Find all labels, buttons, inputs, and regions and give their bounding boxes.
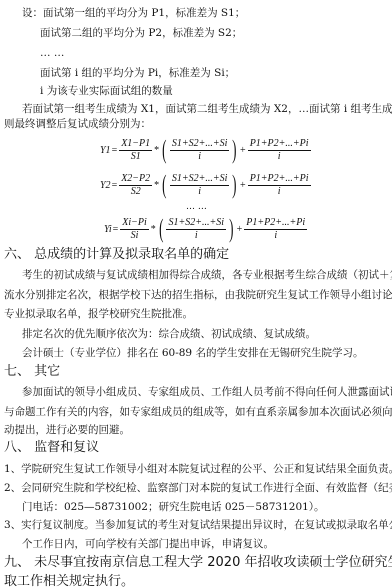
- intro-line-1: 若面试第一组考生成绩为 X1，面试第二组考生成绩为 X2，…面试第 i 组考生成…: [22, 102, 392, 116]
- numerator: Xi−Pi: [120, 217, 149, 230]
- multiply-sign: *: [150, 224, 157, 235]
- section-7-title: 七、 其它: [4, 363, 60, 381]
- denominator: i: [272, 230, 279, 242]
- multiply-sign: *: [153, 180, 160, 191]
- numerator: X2−P2: [119, 173, 152, 186]
- denominator: i: [196, 151, 203, 163]
- formula-lhs: Yi: [104, 224, 112, 235]
- equals-sign: =: [112, 224, 120, 235]
- denominator: i: [196, 186, 203, 198]
- formula-y2: Y2 = X2−P2S2 * ( S1+S2+...+Sii ) + P1+P2…: [0, 168, 392, 202]
- setup-line-2: 面试第二组的平均分为 P2，标准差为 S2；: [40, 26, 242, 40]
- setup-ellipsis: … …: [40, 46, 64, 60]
- denominator: i: [276, 186, 283, 198]
- fraction: Xi−PiSi: [120, 217, 149, 242]
- section-8-item-3-line-1: 3、实行复议制度。当参加复试的考生对复试结果提出异议时，在复试或拟录取名单公布的…: [4, 518, 392, 532]
- denominator: S1: [129, 151, 143, 163]
- numerator: X1−P1: [119, 138, 152, 151]
- right-paren: ): [233, 170, 237, 200]
- multiply-sign: *: [153, 145, 160, 156]
- section-6-title: 六、 总成绩的计算及拟录取名单的确定: [4, 246, 229, 264]
- plus-sign: +: [239, 145, 247, 156]
- section-6-para-3: 会计硕士（专业学位）排名在 60-89 名的学生安排在无锡研究生院学习。: [22, 346, 363, 360]
- equals-sign: =: [111, 145, 119, 156]
- section-7-para-line-2: 与命题工作有关的内容，如专家组成员的组成等，如有直系亲属参加本次面试必须向学院主: [4, 405, 392, 419]
- fraction: P1+P2+...+Pii: [244, 217, 307, 242]
- section-8-item-3-line-2: 个工作日内，可向学校有关部门提出申诉，申请复议。: [22, 537, 274, 551]
- denominator: Si: [129, 230, 141, 242]
- right-paren: ): [229, 214, 233, 244]
- numerator: P1+P2+...+Pi: [248, 173, 311, 186]
- numerator: P1+P2+...+Pi: [248, 138, 311, 151]
- setup-line-3: 面试第 i 组的平均分为 Pi，标准差为 Si；: [40, 66, 235, 80]
- section-8-item-2-line-1: 2、会同研究生院和学校纪检、监察部门对本院的复试工作进行全面、有效监督（纪委监察…: [4, 481, 392, 495]
- fraction: S1+S2+...+Sii: [166, 217, 226, 242]
- denominator: i: [276, 151, 283, 163]
- section-7-para-line-1: 参加面试的领导小组成员、专家组成员、工作组人员考前不得向任何人泄露面试试题及: [22, 385, 392, 399]
- right-paren: ): [233, 135, 237, 165]
- equals-sign: =: [111, 180, 119, 191]
- section-6-para-1-line-3: 专业拟录取名单，报学校研究生院批准。: [4, 307, 193, 321]
- fraction: X2−P2S2: [119, 173, 152, 198]
- plus-sign: +: [236, 224, 244, 235]
- numerator: S1+S2+...+Si: [170, 138, 230, 151]
- numerator: S1+S2+...+Si: [170, 173, 230, 186]
- section-9-title-line-2: 取工作相关规定执行。: [4, 573, 134, 587]
- formula-lhs: Y2: [100, 180, 111, 191]
- left-paren: (: [159, 214, 163, 244]
- plus-sign: +: [239, 180, 247, 191]
- formula-ellipsis: … …: [186, 202, 207, 212]
- section-8-title: 八、 监督和复议: [4, 439, 99, 457]
- section-6-para-1-line-2: 流水分别排定名次，根据学校下达的招生指标，由我院研究生复试工作领导小组讨论确定分: [4, 288, 392, 302]
- intro-line-2: 则最终调整后复试成绩分别为：: [4, 117, 151, 131]
- numerator: S1+S2+...+Si: [166, 217, 226, 230]
- section-8-item-1: 1、学院研究生复试工作领导小组对本院复试过程的公平、公正和复试结果全面负责。: [4, 462, 392, 476]
- denominator: i: [193, 230, 200, 242]
- numerator: P1+P2+...+Pi: [244, 217, 307, 230]
- section-6-para-1-line-1: 考生的初试成绩与复试成绩相加得综合成绩，各专业根据考生综合成绩（初试＋复试）: [22, 268, 392, 282]
- left-paren: (: [162, 135, 166, 165]
- left-paren: (: [162, 170, 166, 200]
- fraction: P1+P2+...+Pii: [248, 173, 311, 198]
- section-7-para-line-3: 动提出，进行必要的回避。: [4, 423, 130, 437]
- formula-y1: Y1 = X1−P1S1 * ( S1+S2+...+Sii ) + P1+P2…: [0, 133, 392, 167]
- fraction: S1+S2+...+Sii: [170, 138, 230, 163]
- setup-line-4: i 为该专业实际面试组的数量: [40, 84, 173, 98]
- fraction: X1−P1S1: [119, 138, 152, 163]
- section-8-item-2-line-2: 门电话：025—58731002；研究生院电话 025－58731201）。: [22, 500, 325, 514]
- fraction: S1+S2+...+Sii: [170, 173, 230, 198]
- denominator: S2: [129, 186, 143, 198]
- formula-yi: Yi = Xi−PiSi * ( S1+S2+...+Sii ) + P1+P2…: [0, 212, 392, 246]
- section-9-title-line-1: 九、 未尽事宜按南京信息工程大学 2020 年招收攻读硕士学位研究生复试及录: [4, 554, 392, 572]
- formula-lhs: Y1: [100, 145, 111, 156]
- fraction: P1+P2+...+Pii: [248, 138, 311, 163]
- section-6-para-2: 排定名次的优先顺序依次为：综合成绩、初试成绩、复试成绩。: [22, 327, 316, 341]
- setup-line-1: 设：面试第一组的平均分为 P1，标准差为 S1；: [22, 6, 245, 20]
